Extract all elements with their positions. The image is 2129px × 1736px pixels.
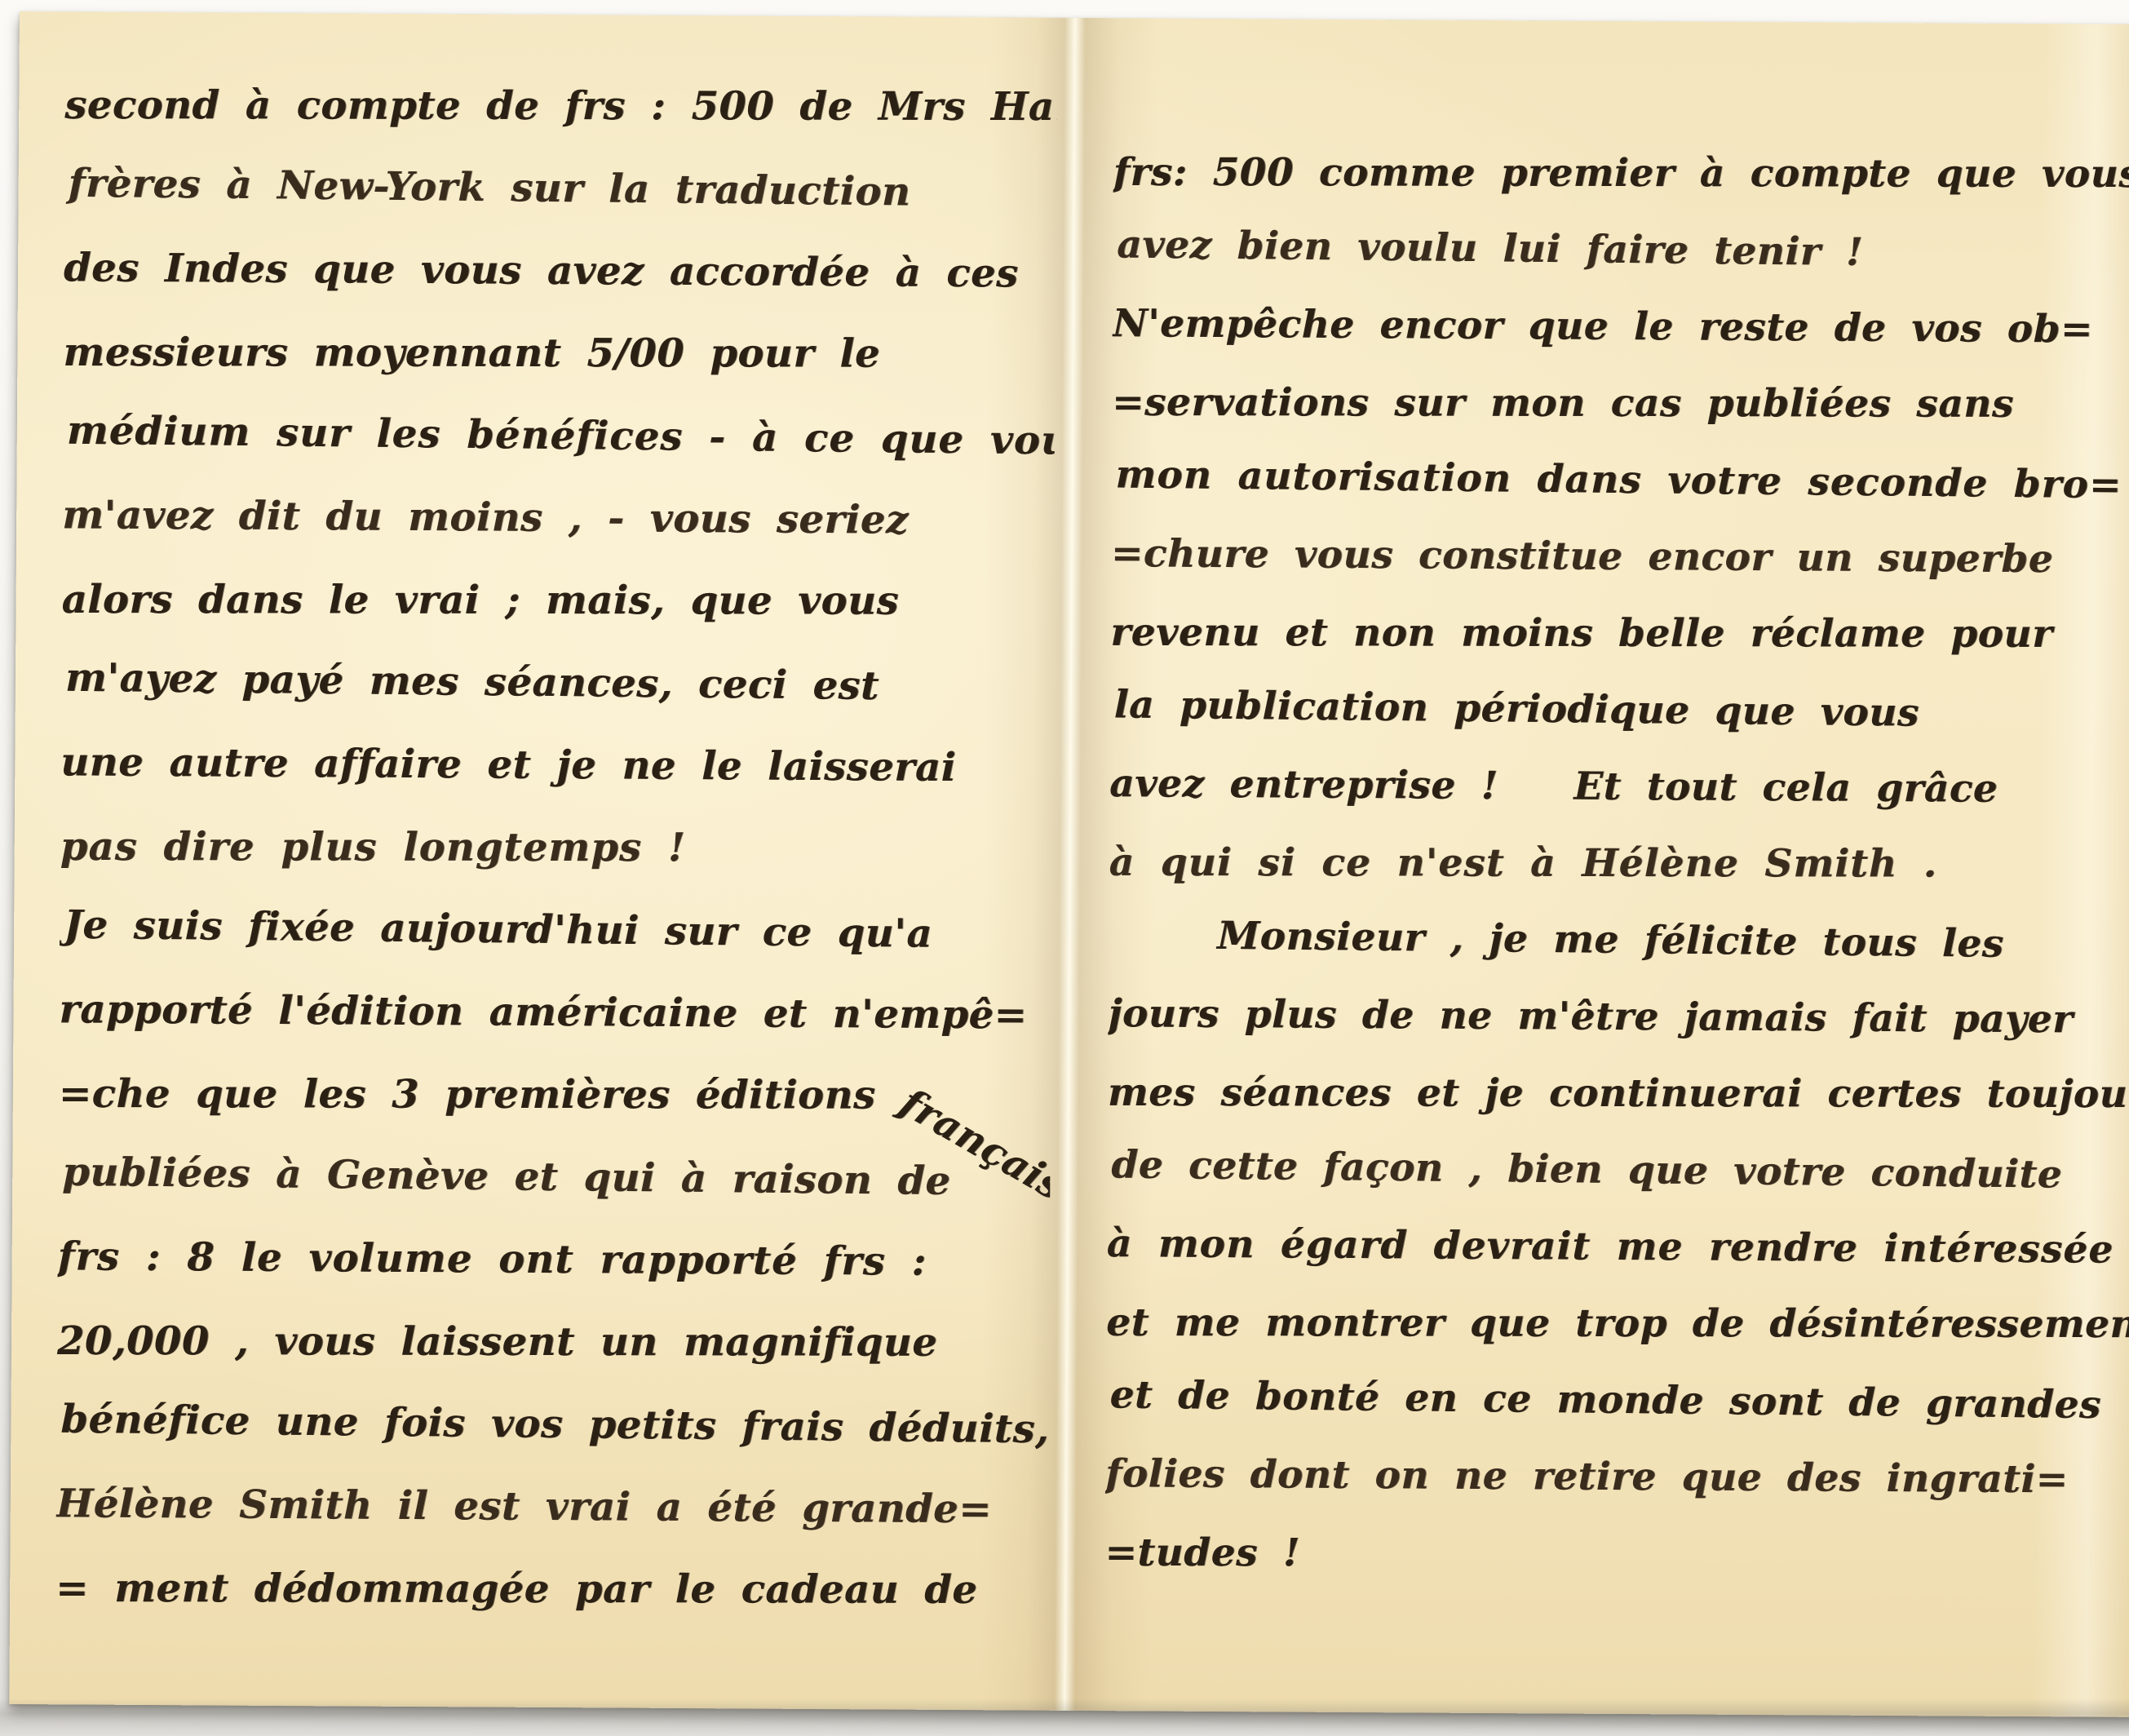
handwritten-line: Je suis fixée aujourd'hui sur ce qu'a: [64, 884, 1056, 977]
handwritten-line: la publication périodique que vous: [1113, 666, 2129, 754]
handwritten-line: alors dans le vrai ; mais, que vous: [62, 559, 1054, 643]
handwritten-line: N'empêche encor que le reste de vos ob=: [1112, 286, 2129, 369]
handwritten-line: et de bonté en ce monde sont de grandes: [1109, 1357, 2129, 1444]
handwritten-line: =che que les 3 premières éditions frança…: [59, 1053, 1051, 1137]
handwritten-line: = ment dédommagée par le cadeau de: [55, 1548, 1047, 1632]
handwritten-line: et me montrer que trop de désintéresseme…: [1106, 1285, 2129, 1363]
handwritten-line: à qui si ce n'est à Hélène Smith .: [1109, 825, 2129, 903]
handwritten-line: mon autorisation dans votre seconde bro=: [1115, 436, 2129, 524]
handwritten-line: à mon égard devrait me rendre intéressée: [1107, 1206, 2129, 1289]
handwritten-line: 20,000 , vous laissent un magnifique: [57, 1300, 1049, 1384]
handwritten-line: Monsieur , je me félicite tous les: [1113, 897, 2129, 984]
handwritten-line: publiées à Genève et qui à raison de: [62, 1131, 1055, 1224]
handwritten-line: revenu et non moins belle réclame pour: [1110, 595, 2129, 673]
handwritten-line: de cette façon , bien que votre conduite: [1111, 1127, 2129, 1214]
handwritten-line: des Indes que vous avez accordée à ces: [64, 227, 1056, 315]
handwritten-line: mes séances et je continuerai certes tou…: [1108, 1055, 2129, 1133]
handwritten-line: messieurs moyennant 5/00 pour le: [63, 312, 1055, 396]
handwritten-line: avez bien voulu lui faire tenir !: [1117, 206, 2129, 294]
handwritten-line: frères à New-York sur la traduction: [68, 143, 1056, 236]
handwritten-line: avez entreprise ! Et tout cela grâce: [1109, 746, 2129, 829]
handwritten-line: frs: 500 comme premier à compte que vous: [1113, 135, 2129, 213]
handwritten-line: folies dont on ne retire que des ingrati…: [1105, 1436, 2129, 1519]
handwritten-line: bénéfice une fois vos petits frais dédui…: [60, 1379, 1053, 1472]
handwritten-line: pas dire plus longtemps !: [60, 806, 1052, 890]
handwritten-line: second à compte de frs : 500 de Mrs Harp…: [64, 64, 1056, 148]
handwritten-line: m'ayez payé mes séances, ceci est: [64, 637, 1056, 730]
handwritten-line: médium sur les bénéfices - à ce que vous: [66, 390, 1056, 483]
scanned-document: second à compte de frs : 500 de Mrs Harp…: [0, 0, 2129, 1736]
handwritten-line: =servations sur mon cas publiées sans: [1112, 365, 2129, 443]
left-page: second à compte de frs : 500 de Mrs Harp…: [55, 62, 1057, 1658]
handwritten-line: une autre affaire et je ne le laisserai: [60, 721, 1053, 809]
handwritten-line: =tudes !: [1104, 1515, 2129, 1593]
letter-sheet: second à compte de frs : 500 de Mrs Harp…: [9, 11, 2129, 1717]
handwritten-line: Hélène Smith il est vrai a été grande=: [56, 1463, 1049, 1551]
handwritten-line: m'avez dit du moins , - vous seriez: [62, 474, 1055, 562]
handwritten-line: jours plus de ne m'être jamais fait paye…: [1108, 976, 2129, 1059]
handwritten-line: rapporté l'édition américaine et n'empê=: [59, 968, 1051, 1056]
right-page: frs: 500 comme premier à compte que vous…: [1104, 132, 2129, 1689]
handwritten-line: =chure vous constitue encor un superbe: [1111, 516, 2129, 599]
handwritten-line: frs : 8 le volume ont rapporté frs :: [57, 1216, 1050, 1304]
